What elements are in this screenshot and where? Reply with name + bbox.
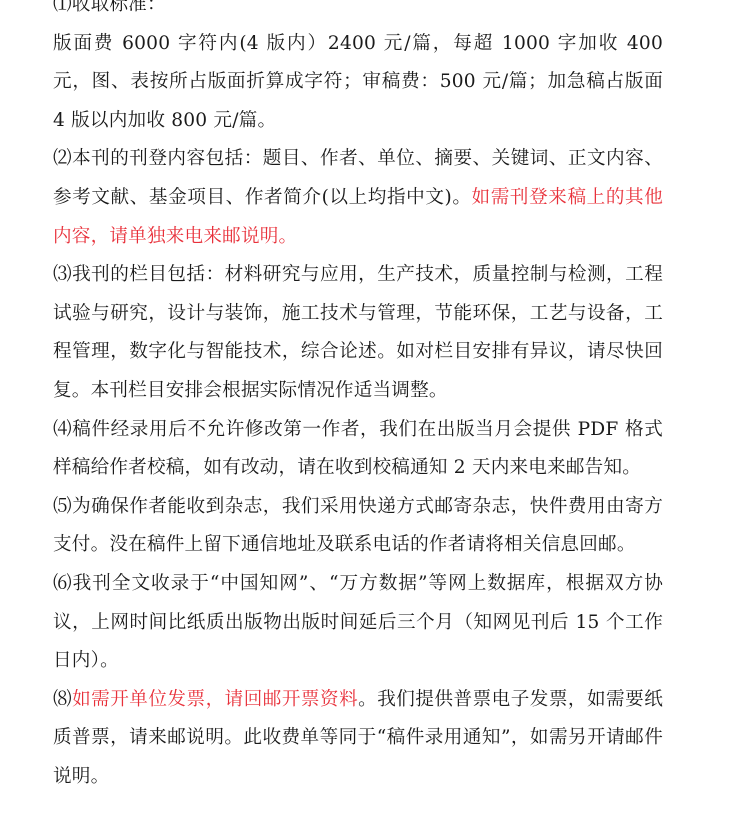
- text-segment: 版面费 6000 字符内(4 版内）2400 元/篇，每超 1000 字加收 4…: [53, 33, 663, 131]
- fee-standard-details: 版面费 6000 字符内(4 版内）2400 元/篇，每超 1000 字加收 4…: [53, 25, 663, 141]
- proofreading-paragraph: ⑷稿件经录用后不允许修改第一作者，我们在出版当月会提供 PDF 格式样稿给作者校…: [53, 411, 663, 488]
- text-segment: ⑴收取标准：: [53, 0, 166, 15]
- delivery-paragraph: ⑸为确保作者能收到杂志，我们采用快递方式邮寄杂志，快件费用由寄方支付。没在稿件上…: [53, 488, 663, 565]
- document-page: ⑴收取标准： 版面费 6000 字符内(4 版内）2400 元/篇，每超 100…: [53, 0, 663, 796]
- text-segment: ⑹我刊全文收录于“中国知网”、“万方数据”等网上数据库，根据双方协议，上网时间比…: [53, 573, 663, 671]
- text-segment: ⑷稿件经录用后不允许修改第一作者，我们在出版当月会提供 PDF 格式样稿给作者校…: [53, 419, 663, 479]
- journal-columns-paragraph: ⑶我刊的栏目包括：材料研究与应用，生产技术，质量控制与检测，工程试验与研究，设计…: [53, 256, 663, 410]
- highlighted-notice: 如需开单位发票，请回邮开票资料: [72, 689, 358, 710]
- database-indexing-paragraph: ⑹我刊全文收录于“中国知网”、“万方数据”等网上数据库，根据双方协议，上网时间比…: [53, 565, 663, 681]
- text-segment: ⑸为确保作者能收到杂志，我们采用快递方式邮寄杂志，快件费用由寄方支付。没在稿件上…: [53, 496, 663, 556]
- text-segment: ⑶我刊的栏目包括：材料研究与应用，生产技术，质量控制与检测，工程试验与研究，设计…: [53, 264, 663, 401]
- publication-content-paragraph: ⑵本刊的刊登内容包括：题目、作者、单位、摘要、关键词、正文内容、参考文献、基金项…: [53, 140, 663, 256]
- fee-standard-heading: ⑴收取标准：: [53, 0, 663, 25]
- invoice-paragraph: ⑻如需开单位发票，请回邮开票资料。我们提供普票电子发票，如需要纸质普票，请来邮说…: [53, 681, 663, 797]
- text-segment: ⑻: [53, 689, 72, 710]
